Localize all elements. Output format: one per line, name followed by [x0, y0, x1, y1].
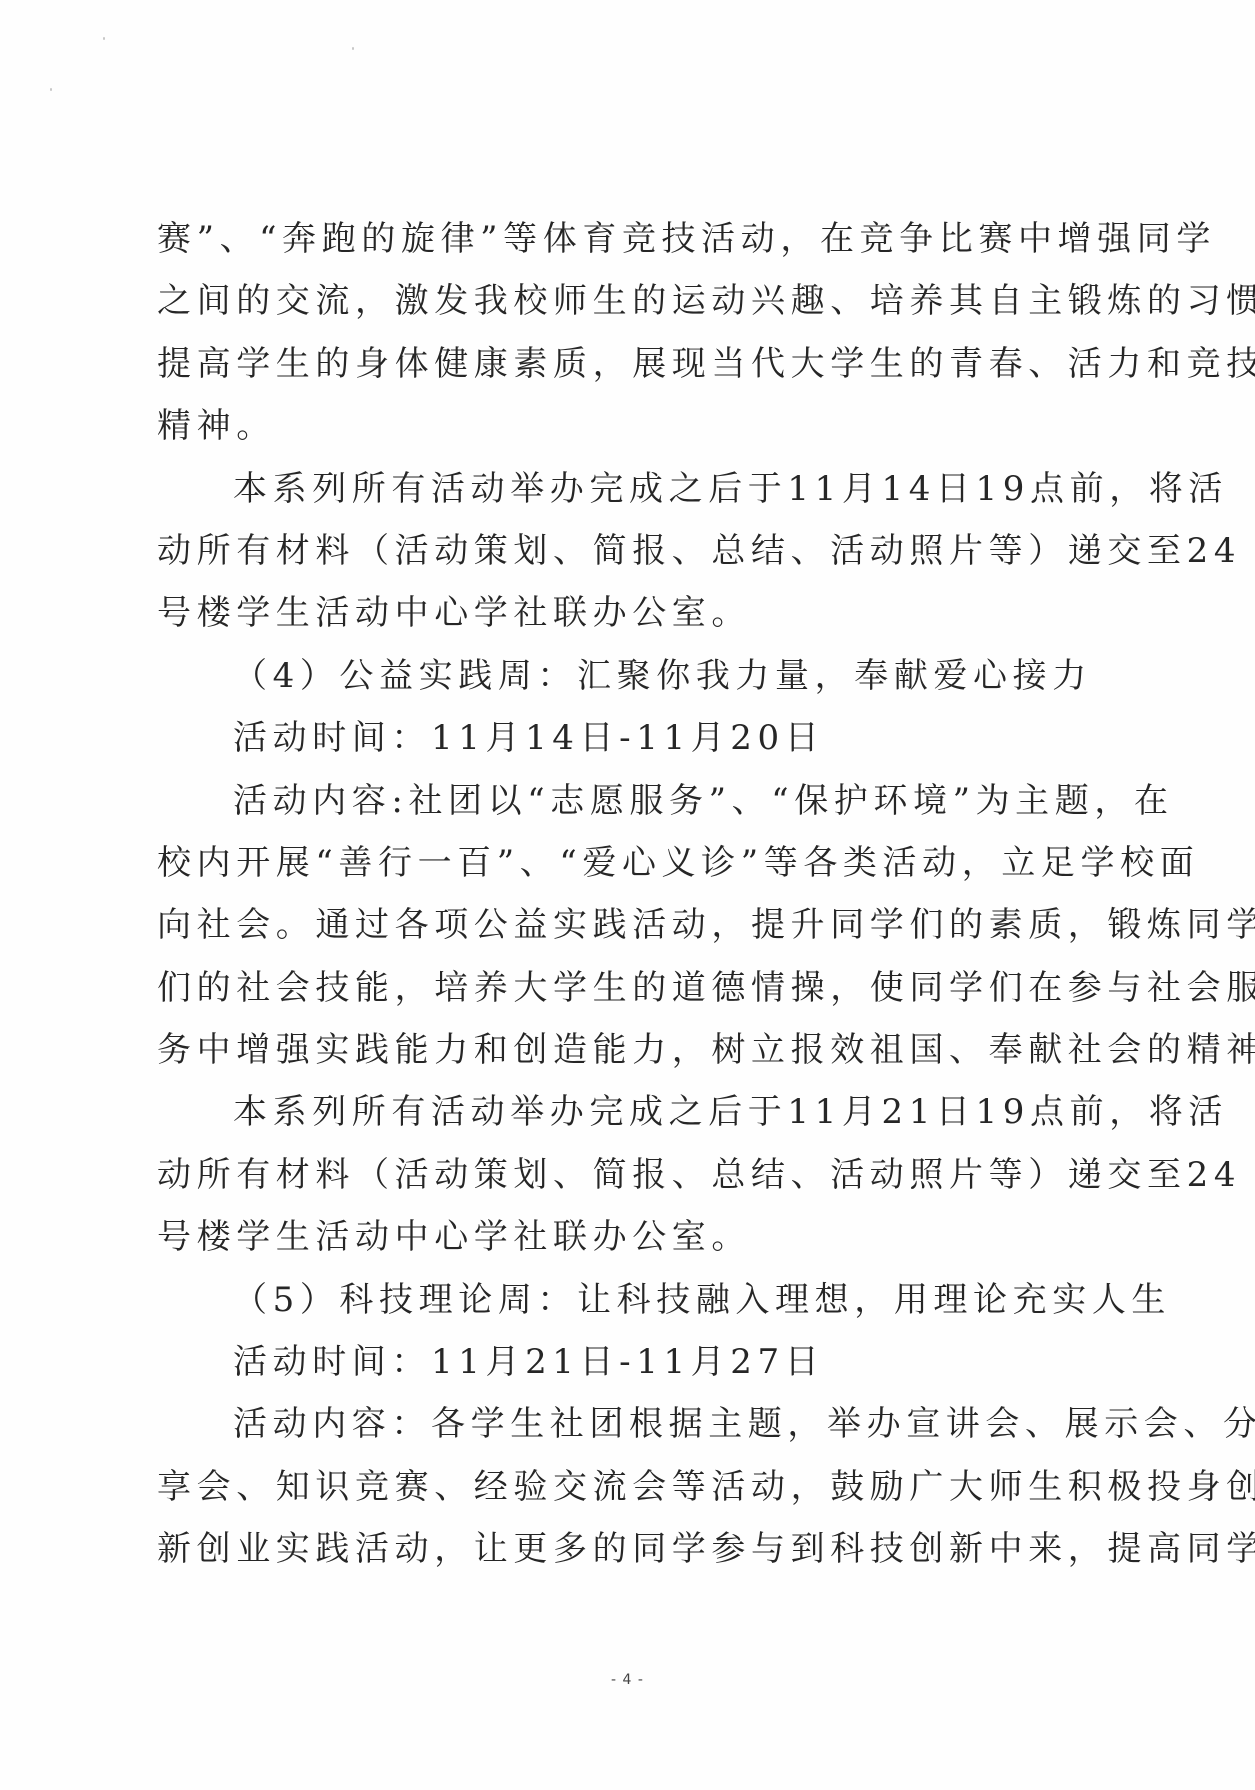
scan-speck [352, 47, 354, 50]
paragraph-line: 号楼学生活动中心学社联办公室。 [157, 1214, 1117, 1276]
section-heading: （5）科技理论周：让科技融入理想，用理论充实人生 [157, 1277, 1117, 1339]
scan-speck [50, 88, 52, 91]
paragraph-line: 动所有材料（活动策划、简报、总结、活动照片等）递交至24 [157, 1152, 1117, 1214]
paragraph-line: 活动内容:社团以“志愿服务”、“保护环境”为主题，在 [157, 778, 1117, 840]
paragraph-line: 精神。 [157, 403, 1117, 465]
paragraph-line: 务中增强实践能力和创造能力，树立报效祖国、奉献社会的精神。 [157, 1027, 1117, 1089]
scan-speck [103, 37, 105, 40]
paragraph-line: 号楼学生活动中心学社联办公室。 [157, 590, 1117, 652]
section-heading: （4）公益实践周：汇聚你我力量，奉献爱心接力 [157, 653, 1117, 715]
paragraph-line: 享会、知识竞赛、经验交流会等活动，鼓励广大师生积极投身创 [157, 1464, 1117, 1526]
paragraph-line: 校内开展“善行一百”、“爱心义诊”等各类活动，立足学校面 [157, 840, 1117, 902]
paragraph-line: 之间的交流，激发我校师生的运动兴趣、培养其自主锻炼的习惯， [157, 278, 1117, 340]
paragraph-line: 动所有材料（活动策划、简报、总结、活动照片等）递交至24 [157, 528, 1117, 590]
paragraph-line: 赛”、“奔跑的旋律”等体育竞技活动，在竞争比赛中增强同学 [157, 216, 1117, 278]
document-page: 赛”、“奔跑的旋律”等体育竞技活动，在竞争比赛中增强同学 之间的交流，激发我校师… [0, 0, 1255, 1790]
page-number: - 4 - [0, 1672, 1255, 1688]
activity-time: 活动时间：11月21日-11月27日 [157, 1339, 1117, 1401]
paragraph-line: 们的社会技能，培养大学生的道德情操，使同学们在参与社会服 [157, 965, 1117, 1027]
body-text: 赛”、“奔跑的旋律”等体育竞技活动，在竞争比赛中增强同学 之间的交流，激发我校师… [157, 216, 1117, 1589]
activity-time: 活动时间：11月14日-11月20日 [157, 715, 1117, 777]
paragraph-line: 活动内容：各学生社团根据主题，举办宣讲会、展示会、分 [157, 1401, 1117, 1463]
paragraph-line: 提高学生的身体健康素质，展现当代大学生的青春、活力和竞技 [157, 341, 1117, 403]
paragraph-line: 新创业实践活动，让更多的同学参与到科技创新中来，提高同学 [157, 1526, 1117, 1588]
paragraph-line: 本系列所有活动举办完成之后于11月21日19点前，将活 [157, 1089, 1117, 1151]
paragraph-line: 本系列所有活动举办完成之后于11月14日19点前，将活 [157, 466, 1117, 528]
paragraph-line: 向社会。通过各项公益实践活动，提升同学们的素质，锻炼同学 [157, 902, 1117, 964]
